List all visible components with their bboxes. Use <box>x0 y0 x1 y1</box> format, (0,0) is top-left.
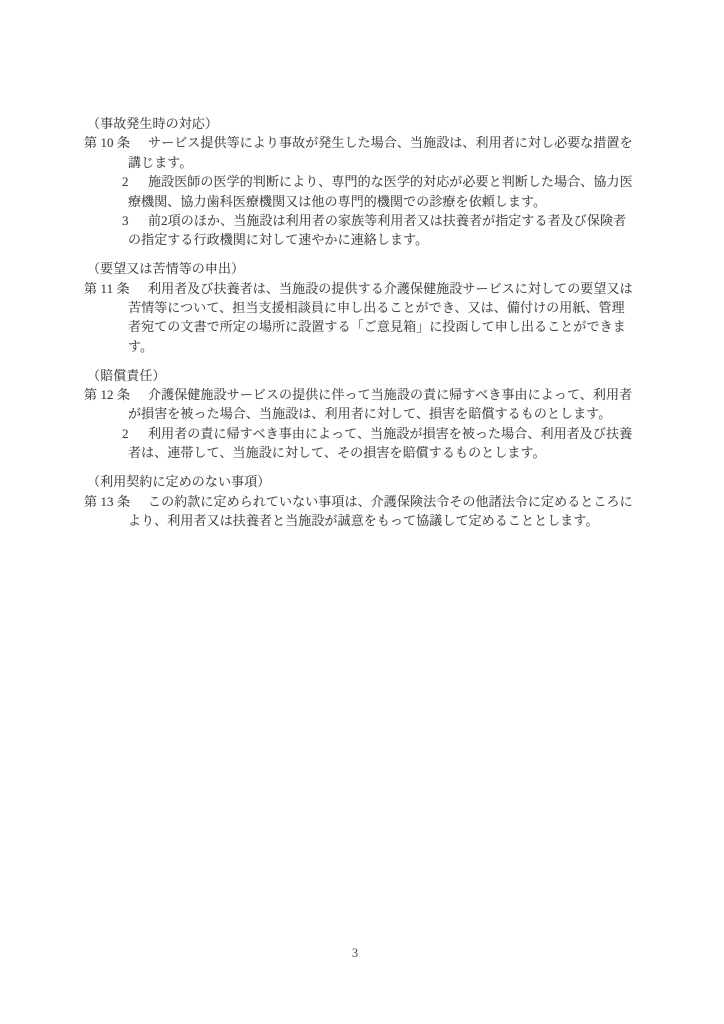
subitem-first-line: 2施設医師の医学的判断により、専門的な医学的対応が必要と判断した場合、協力医 <box>0 172 724 191</box>
line-text: 者は、連帯して、当施設に対して、その損害を賠償するものとします。 <box>128 445 546 460</box>
article-first-line: 第 10 条サービス提供等により事故が発生した場合、当施設は、利用者に対し必要な… <box>0 133 724 152</box>
line-text: 苦情等について、担当支援相談員に申し出ることができ、又は、備付けの用紙、管理 <box>128 300 625 315</box>
continuation-line: 療機関、協力歯科医療機関又は他の専門的機関での診療を依頼します。 <box>0 192 724 211</box>
article-first-line: 第 12 条介護保健施設サービスの提供に伴って当施設の責に帰すべき事由によって、… <box>0 385 724 404</box>
article-section: （事故発生時の対応）第 10 条サービス提供等により事故が発生した場合、当施設は… <box>0 114 724 250</box>
line-text: 介護保健施設サービスの提供に伴って当施設の責に帰すべき事由によって、利用者 <box>148 387 632 402</box>
document-content: （事故発生時の対応）第 10 条サービス提供等により事故が発生した場合、当施設は… <box>0 114 724 540</box>
article-first-line: 第 11 条利用者及び扶養者は、当施設の提供する介護保健施設サービスに対しての要… <box>0 279 724 298</box>
subitem-number: 2 <box>122 424 129 443</box>
continuation-line: 講じます。 <box>0 153 724 172</box>
line-text: 利用者及び扶養者は、当施設の提供する介護保健施設サービスに対しての要望又は <box>148 281 633 296</box>
line-text: より、利用者又は扶養者と当施設が誠意をもって協議して定めることとします。 <box>128 513 599 528</box>
article-first-line: 第 13 条この約款に定められていない事項は、介護保険法令その他諸法令に定めると… <box>0 492 724 511</box>
section-caption: （利用契約に定めのない事項） <box>0 472 724 491</box>
article-section: （要望又は苦情等の申出）第 11 条利用者及び扶養者は、当施設の提供する介護保健… <box>0 259 724 356</box>
line-text: が損害を被った場合、当施設は、利用者に対して、損害を賠償するものとします。 <box>128 406 611 421</box>
line-text: 施設医師の医学的判断により、専門的な医学的対応が必要と判断した場合、協力医 <box>148 174 633 189</box>
line-text: 者宛ての文書で所定の場所に設置する「ご意見箱」に投函して申し出ることができま <box>128 319 626 334</box>
subitem-first-line: 2利用者の責に帰すべき事由によって、当施設が損害を被った場合、利用者及び扶養 <box>0 424 724 443</box>
subitem-number: 3 <box>122 211 129 230</box>
article-number: 第 12 条 <box>84 385 130 404</box>
continuation-line: 苦情等について、担当支援相談員に申し出ることができ、又は、備付けの用紙、管理 <box>0 298 724 317</box>
section-caption: （要望又は苦情等の申出） <box>0 259 724 278</box>
article-number: 第 11 条 <box>84 279 130 298</box>
article-number: 第 10 条 <box>84 133 130 152</box>
line-text: 療機関、協力歯科医療機関又は他の専門的機関での診療を依頼します。 <box>128 194 546 209</box>
continuation-line: が損害を被った場合、当施設は、利用者に対して、損害を賠償するものとします。 <box>0 404 724 423</box>
line-text: この約款に定められていない事項は、介護保険法令その他諸法令に定めるところに <box>148 494 633 509</box>
section-caption: （賠償責任） <box>0 366 724 385</box>
continuation-line: 者は、連帯して、当施設に対して、その損害を賠償するものとします。 <box>0 443 724 462</box>
line-text: 前2項のほか、当施設は利用者の家族等利用者又は扶養者が指定する者及び保険者 <box>148 213 626 228</box>
subitem-number: 2 <box>122 172 129 191</box>
continuation-line: 者宛ての文書で所定の場所に設置する「ご意見箱」に投函して申し出ることができま <box>0 317 724 336</box>
continuation-line: より、利用者又は扶養者と当施設が誠意をもって協議して定めることとします。 <box>0 511 724 530</box>
page-number: 3 <box>352 946 358 960</box>
line-text: サービス提供等により事故が発生した場合、当施設は、利用者に対し必要な措置を <box>148 135 633 150</box>
continuation-line: す。 <box>0 337 724 356</box>
continuation-line: の指定する行政機関に対して速やかに連絡します。 <box>0 230 724 249</box>
page-footer: 3 <box>0 944 710 963</box>
line-text: の指定する行政機関に対して速やかに連絡します。 <box>128 232 428 247</box>
document-page: （事故発生時の対応）第 10 条サービス提供等により事故が発生した場合、当施設は… <box>0 0 724 1024</box>
article-section: （賠償責任）第 12 条介護保健施設サービスの提供に伴って当施設の責に帰すべき事… <box>0 366 724 463</box>
section-caption: （事故発生時の対応） <box>0 114 724 133</box>
article-section: （利用契約に定めのない事項）第 13 条この約款に定められていない事項は、介護保… <box>0 472 724 530</box>
article-number: 第 13 条 <box>84 492 130 511</box>
line-text: す。 <box>128 339 153 354</box>
line-text: 利用者の責に帰すべき事由によって、当施設が損害を被った場合、利用者及び扶養 <box>148 426 632 441</box>
subitem-first-line: 3前2項のほか、当施設は利用者の家族等利用者又は扶養者が指定する者及び保険者 <box>0 211 724 230</box>
line-text: 講じます。 <box>128 155 192 170</box>
